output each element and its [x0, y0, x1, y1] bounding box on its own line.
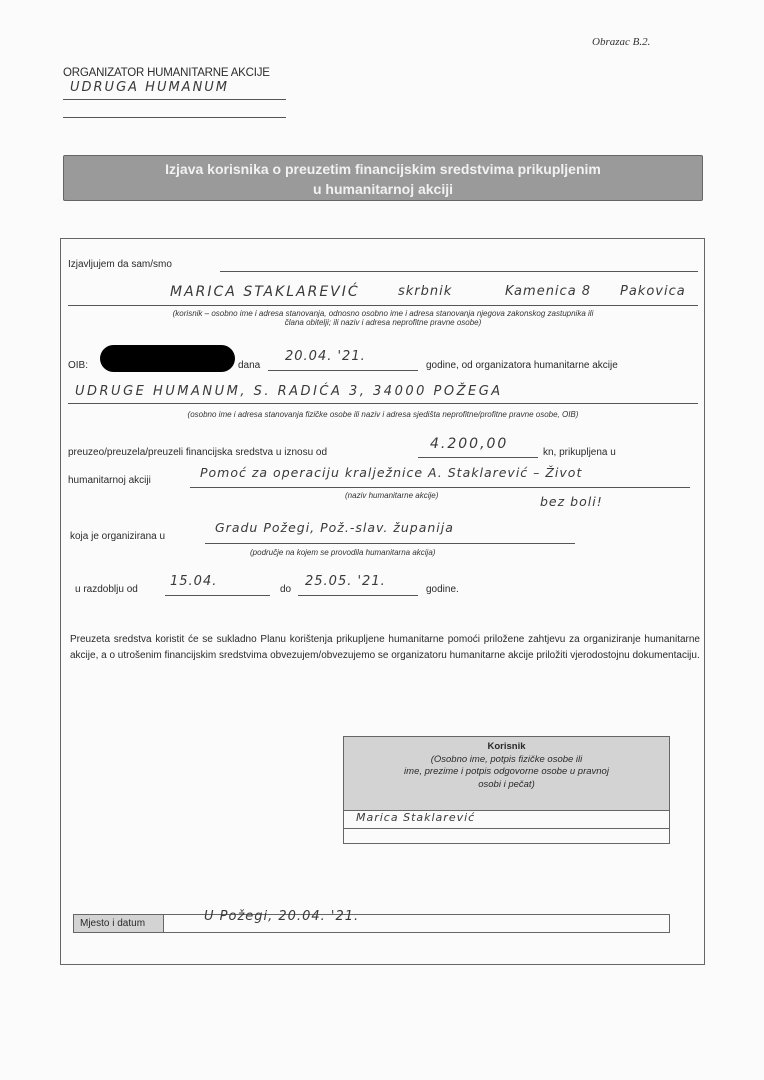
organizer-details-line	[68, 403, 698, 404]
amount-value[interactable]: 4.200,00	[430, 436, 508, 452]
beneficiary-line	[68, 305, 698, 306]
period-from-line	[165, 595, 270, 596]
signature-note-line1: (Osobno ime, potpis fizičke osobe ili	[344, 754, 669, 767]
place-date-box: Mjesto i datum U Požegi, 20.04. '21.	[73, 914, 670, 933]
oib-redacted	[100, 345, 235, 372]
intro-line	[220, 271, 698, 272]
organizer-details-value[interactable]: UDRUGE HUMANUM, S. RADIĆA 3, 34000 POŽEG…	[75, 384, 503, 399]
period-from-value[interactable]: 15.04.	[170, 574, 217, 589]
signature-row[interactable]: Marica Staklarević	[344, 811, 669, 829]
beneficiary-city[interactable]: Pakovica	[620, 284, 686, 299]
signature-header: Korisnik (Osobno ime, potpis fizičke oso…	[344, 737, 669, 811]
form-code: Obrazac B.2.	[592, 36, 650, 48]
area-caption: (područje na kojem se provodila humanita…	[250, 548, 435, 557]
action-value-line2[interactable]: bez boli!	[540, 494, 603, 509]
period-end-label: godine.	[426, 584, 459, 595]
amount-line	[418, 457, 538, 458]
organized-in-line	[205, 543, 575, 544]
organized-in-value[interactable]: Gradu Požegi, Pož.-slav. županija	[215, 520, 454, 535]
signature-box: Korisnik (Osobno ime, potpis fizičke oso…	[343, 736, 670, 844]
date-line	[268, 370, 418, 371]
organizer-line-1	[63, 99, 286, 100]
date-label: dana	[238, 360, 260, 371]
signature-title: Korisnik	[344, 741, 669, 754]
period-to-line	[298, 595, 418, 596]
organizer-line-2	[63, 117, 286, 118]
beneficiary-caption: (korisnik – osobno ime i adresa stanovan…	[66, 309, 700, 327]
period-to-value[interactable]: 25.05. '21.	[305, 574, 386, 589]
organizer-label: ORGANIZATOR HUMANITARNE AKCIJE	[63, 67, 270, 79]
period-to-label: do	[280, 584, 291, 595]
organizer-value[interactable]: UDRUGA HUMANUM	[70, 80, 229, 95]
place-date-value[interactable]: U Požegi, 20.04. '21.	[204, 909, 359, 924]
action-caption: (naziv humanitarne akcije)	[345, 491, 438, 500]
beneficiary-caption-line2: člana obitelji; ili naziv i adresa nepro…	[66, 318, 700, 327]
beneficiary-address[interactable]: Kamenica 8	[505, 284, 591, 299]
from-organizer-label: godine, od organizatora humanitarne akci…	[426, 360, 618, 371]
signature-note-line3: osobi i pečat)	[344, 779, 669, 792]
amount-label: preuzeo/preuzela/preuzeli financijska sr…	[68, 447, 327, 458]
form-title-line2: u humanitarnoj akciji	[64, 179, 702, 199]
oib-label: OIB:	[68, 360, 88, 371]
action-value-line1[interactable]: Pomoć za operaciju kralježnice A. Stakla…	[200, 465, 582, 480]
beneficiary-role[interactable]: skrbnik	[398, 284, 452, 299]
intro-label: Izjavljujem da sam/smo	[68, 259, 172, 270]
usage-paragraph: Preuzeta sredstva koristit će se sukladn…	[70, 632, 700, 663]
organized-in-label: koja je organizirana u	[70, 531, 165, 542]
period-from-label: u razdoblju od	[75, 584, 138, 595]
date-value[interactable]: 20.04. '21.	[285, 349, 366, 364]
form-title-line1: Izjava korisnika o preuzetim financijski…	[64, 159, 702, 179]
organizer-details-caption: (osobno ime i adresa stanovanja fizičke …	[66, 410, 700, 419]
signature-value[interactable]: Marica Staklarević	[356, 811, 475, 824]
beneficiary-caption-line1: (korisnik – osobno ime i adresa stanovan…	[66, 309, 700, 318]
action-line	[190, 487, 690, 488]
signature-note-line2: ime, prezime i potpis odgovorne osobe u …	[344, 766, 669, 779]
beneficiary-name[interactable]: MARICA STAKLAREVIĆ	[170, 284, 360, 300]
form-title-banner: Izjava korisnika o preuzetim financijski…	[63, 155, 703, 201]
currency-label: kn, prikupljena u	[543, 447, 616, 458]
place-date-label: Mjesto i datum	[74, 915, 164, 932]
action-label: humanitarnoj akciji	[68, 475, 151, 486]
